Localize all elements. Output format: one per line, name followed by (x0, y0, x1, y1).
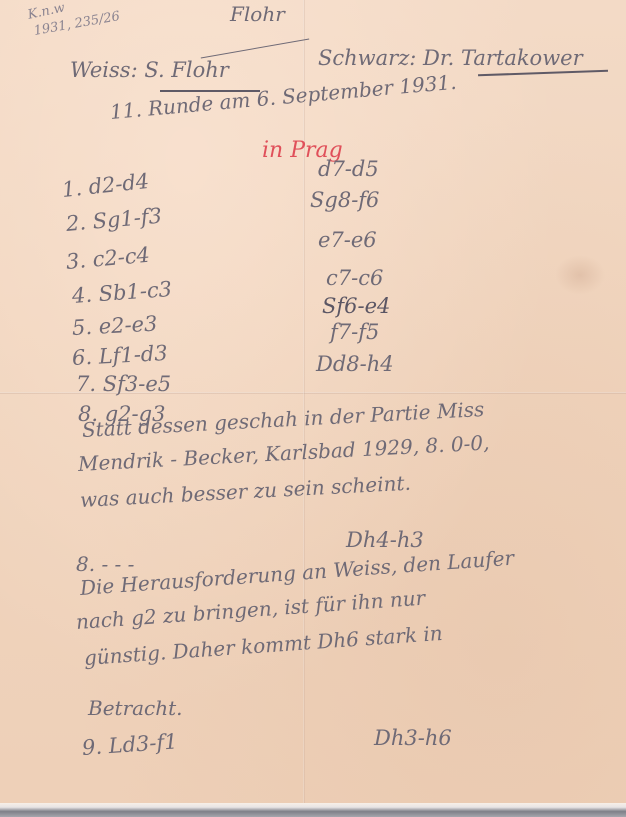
move-9-black: Dh3-h6 (374, 726, 452, 750)
move-2-black: Sg8-f6 (310, 188, 379, 212)
scanner-edge (0, 803, 626, 817)
move-7-white: 7. Sf3-e5 (76, 372, 171, 396)
move-5-black: Sf6-e4 (322, 294, 390, 318)
move-6-white: 6. Lf1-d3 (71, 341, 168, 370)
white-player-label: Weiss: S. Flohr (70, 58, 229, 82)
alt-move-black: Dh4-h3 (346, 528, 424, 552)
commentary-2-line-4: Betracht. (88, 696, 183, 720)
vertical-fold-line (303, 0, 305, 803)
white-player: Weiss: S. Flohr (70, 58, 229, 82)
move-1-black: d7-d5 (318, 157, 379, 181)
move-3-black: e7-e6 (318, 228, 377, 252)
paper-stain (555, 255, 605, 295)
move-6-black: f7-f5 (330, 320, 379, 344)
move-4-black: c7-c6 (326, 266, 383, 290)
black-player: Schwarz: Dr. Tartakower (318, 46, 583, 70)
move-7-black: Dd8-h4 (316, 352, 394, 376)
header-top-name: Flohr (230, 2, 285, 26)
move-5-white: 5. e2-e3 (71, 312, 158, 340)
